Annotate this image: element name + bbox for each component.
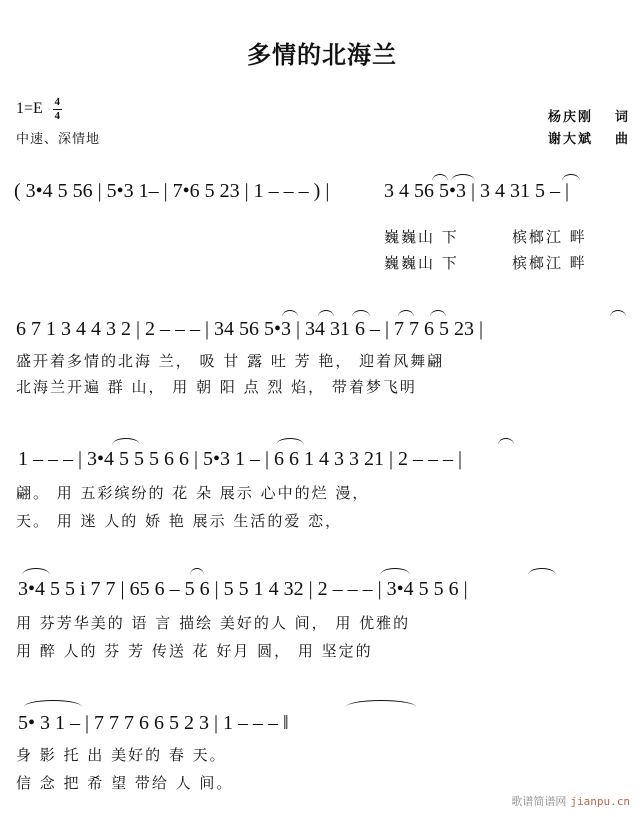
credits: 杨庆刚词 谢大斌曲	[548, 106, 630, 150]
notation-segment: 3•4 5 5 i 7 7 | 65 6 – 5 6 | 5 5 1 4 32 …	[18, 578, 468, 601]
tempo-marking: 中速、深情地	[16, 128, 100, 147]
notation-segment: 6 7 1 3 4 4 3 2 | 2 – – – | 34 56 5•3 | …	[16, 318, 483, 341]
composer-credit: 谢大斌曲	[548, 128, 630, 150]
lyric-line-1: 巍巍山 下 槟榔江 畔	[0, 226, 644, 250]
notation-line: ( 3•4 5 56 | 5•3 1– | 7•6 5 23 | 1 – – –…	[0, 180, 644, 206]
time-signature: 4 4	[53, 97, 62, 122]
lyricist-credit: 杨庆刚词	[548, 106, 630, 128]
song-meta: 1=E 4 4 中速、深情地	[16, 96, 100, 147]
notation-line: 5• 3 1 – | 7 7 7 6 6 5 2 3 | 1 – – – ‖	[0, 712, 644, 738]
song-title: 多情的北海兰	[0, 35, 644, 70]
lyric-line-1: 用 芬芳华美的 语 言 描绘 美好的人 间， 用 优雅的	[0, 612, 644, 636]
notation-line: 3•4 5 5 i 7 7 | 65 6 – 5 6 | 5 5 1 4 32 …	[0, 578, 644, 604]
lyric-line-2: 用 醉 人的 芬 芳 传送 花 好月 圆， 用 坚定的	[0, 640, 644, 664]
lyric-line-1: 翩。 用 五彩缤纷的 花 朵 展示 心中的烂 漫，	[0, 482, 644, 506]
watermark: 歌谱简谱网jianpu.cn	[511, 793, 630, 809]
lyric-line-2: 北海兰开遍 群 山， 用 朝 阳 点 烈 焰， 带着梦飞明	[0, 376, 644, 400]
lyric-line-1: 身 影 托 出 美好的 春 天。	[0, 744, 644, 768]
notation-segment: ( 3•4 5 56 | 5•3 1– | 7•6 5 23 | 1 – – –…	[14, 180, 329, 203]
notation-line: 6 7 1 3 4 4 3 2 | 2 – – – | 34 56 5•3 | …	[0, 318, 644, 344]
lyric-line-2: 巍巍山 下 槟榔江 畔	[0, 252, 644, 276]
key-label: 1=E	[16, 100, 43, 118]
notation-segment: 5• 3 1 – | 7 7 7 6 6 5 2 3 | 1 – – – ‖	[18, 712, 289, 735]
lyric-line-2: 天。 用 迷 人的 娇 艳 展示 生活的爱 恋，	[0, 510, 644, 534]
notation-segment: 1 – – – | 3•4 5 5 5 6 6 | 5•3 1 – | 6 6 …	[18, 448, 462, 471]
notation-line: 1 – – – | 3•4 5 5 5 6 6 | 5•3 1 – | 6 6 …	[0, 448, 644, 474]
notation-segment: 3 4 56 5•3 | 3 4 31 5 – |	[384, 180, 569, 203]
key-signature: 1=E 4 4	[16, 96, 100, 122]
lyric-line-1: 盛开着多情的北海 兰， 吸 甘 露 吐 芳 艳， 迎着风舞翩	[0, 350, 644, 374]
